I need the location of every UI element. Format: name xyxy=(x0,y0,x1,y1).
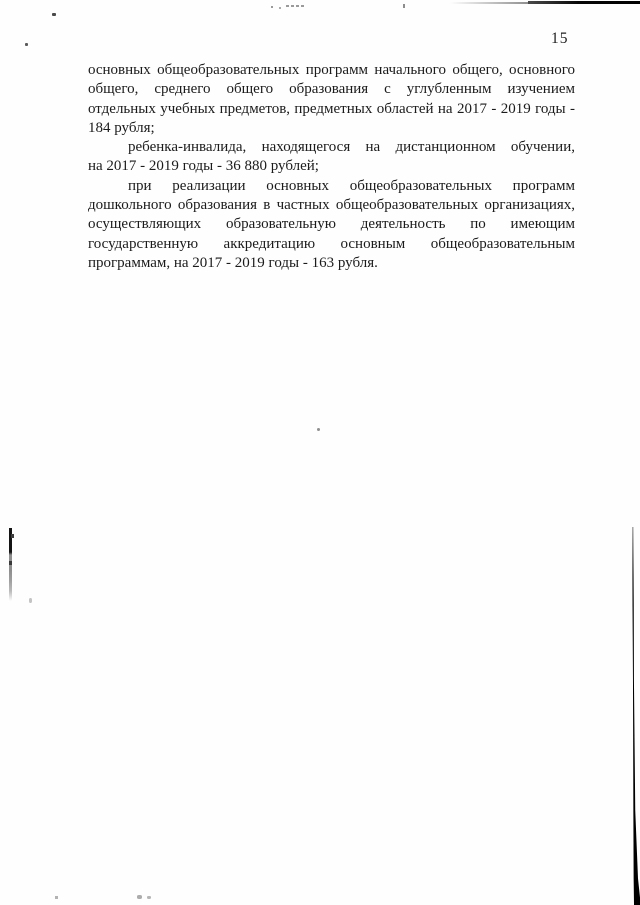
text-line: на 2017 - 2019 годы - 36 880 рублей; xyxy=(88,157,575,176)
text-line: программам, на 2017 - 2019 годы - 163 ру… xyxy=(88,254,575,273)
text-line: при реализации основных общеобразователь… xyxy=(88,177,575,196)
scan-speck xyxy=(271,6,273,8)
scan-speck xyxy=(317,428,320,431)
scanned-document-page: 15 основных общеобразовательных программ… xyxy=(0,0,640,905)
scan-artifact-top-edge-line xyxy=(528,1,640,5)
scan-artifact-left-spot xyxy=(9,561,12,565)
scan-speck xyxy=(52,13,56,16)
document-text-block: основных общеобразовательных программ на… xyxy=(88,61,575,273)
text-line: осуществляющих образовательную деятельно… xyxy=(88,215,575,234)
page-number: 15 xyxy=(551,30,569,48)
text-line: дошкольного образования в частных общеоб… xyxy=(88,196,575,215)
scan-artifact-top-edge-faint xyxy=(450,2,536,4)
text-line: общего, среднего общего образования с уг… xyxy=(88,80,575,99)
scan-artifact-left-edge-line xyxy=(9,528,12,601)
text-line: 184 рубля; xyxy=(88,119,575,138)
text-line: основных общеобразовательных программ на… xyxy=(88,61,575,80)
scan-speck xyxy=(147,896,151,899)
scan-dashes xyxy=(286,5,304,7)
text-line: отдельных учебных предметов, предметных … xyxy=(88,100,575,119)
scan-artifact-left-notch xyxy=(11,534,14,538)
scan-artifact-left-tail xyxy=(29,598,32,603)
scan-speck xyxy=(25,43,28,46)
scan-speck xyxy=(55,896,58,899)
scan-tick xyxy=(403,4,405,8)
paragraph: при реализации основных общеобразователь… xyxy=(88,177,575,273)
scan-speck xyxy=(137,895,142,899)
scan-speck xyxy=(279,7,281,9)
text-line: ребенка-инвалида, находящегося на дистан… xyxy=(88,138,575,157)
text-line: государственную аккредитацию основным об… xyxy=(88,235,575,254)
scan-artifact-right-edge-line xyxy=(631,527,640,905)
paragraph: ребенка-инвалида, находящегося на дистан… xyxy=(88,138,575,177)
paragraph: основных общеобразовательных программ на… xyxy=(88,61,575,138)
